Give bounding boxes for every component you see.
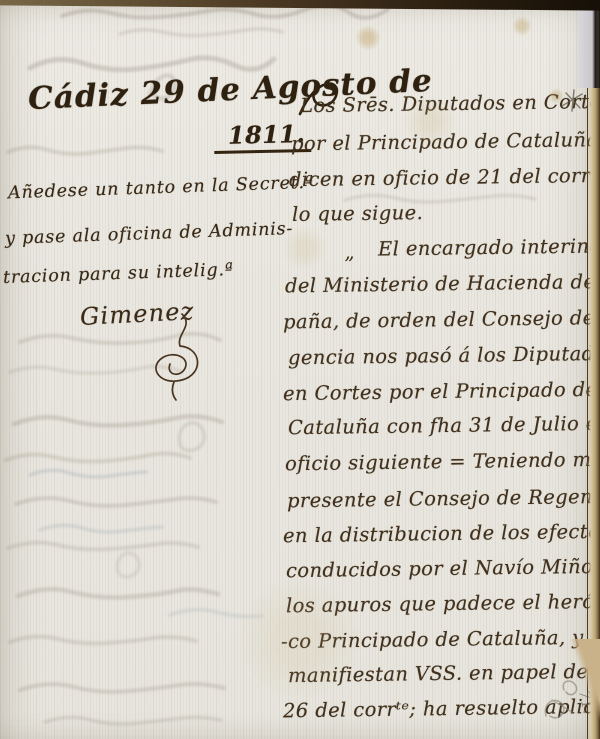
body-line: los apuros que padece el heróy- (286, 590, 600, 618)
ditto-mark: ” (344, 252, 354, 276)
body-line: en Cortes por el Principado de (283, 378, 598, 405)
page-corner-underlying-leaf (570, 639, 600, 739)
body-line: lo que sigue. (292, 201, 423, 226)
body-line: oficio siguiente = Teniendo muy (285, 448, 600, 476)
body-line: presente el Consejo de Regencia (287, 485, 600, 513)
body-line: Cataluña con fha 31 de Julio el (288, 412, 600, 439)
body-line: paña, de orden del Consejo de Re- (283, 306, 600, 334)
body-line: del Ministerio de Hacienda de Es- (285, 270, 600, 298)
scan-edge-top-right (574, 0, 600, 88)
margin-note-line: tracion para su intelig.ª (3, 260, 235, 288)
body-line: dicen en oficio de 21 del corrᵗᵉ (289, 164, 600, 191)
body-line: -co Principado de Cataluña, y (281, 626, 584, 653)
body-line: Los Srēs. Diputados en Cortes (300, 90, 600, 117)
scan-edge-top (0, 0, 600, 11)
body-line: 26 del corrᵗᵉ; ha resuelto aplicár (283, 695, 600, 723)
next-page-edge (587, 0, 600, 739)
body-line: conducidos por el Navío Miño, (286, 555, 600, 582)
approval-signature: Gimenez (79, 297, 195, 331)
body-line: por el Principado de Cataluña me (291, 128, 600, 156)
margin-note-line: y pase ala oficina de Adminis- (5, 219, 294, 249)
manuscript-page: Cádiz 29 de Agosto de 1811. Añedese un t… (0, 0, 600, 739)
margin-note-line: Añedese un tanto en la Secret.ª (8, 173, 315, 204)
body-line: gencia nos pasó á los Diputados (288, 342, 600, 370)
body-line: El encargado interino (378, 234, 600, 260)
body-line: en la distribucion de los efectos (283, 520, 600, 548)
body-line: manifiestan VSS. en papel de (288, 660, 589, 687)
